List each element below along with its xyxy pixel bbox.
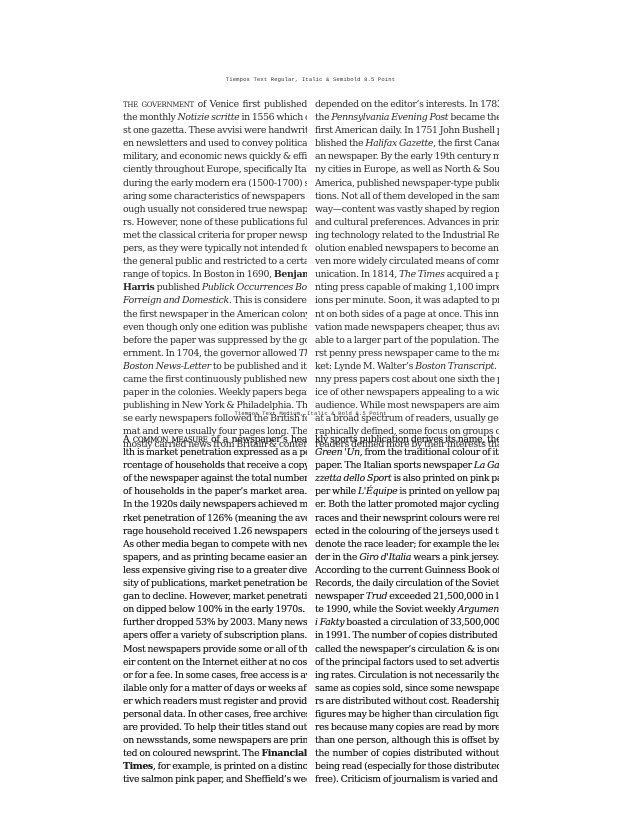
text-run: free). Criticism of journalism is varied… <box>315 774 498 785</box>
text-line: nt on both sides of a page at once. This… <box>315 308 499 321</box>
text-line: nting press capable of making 1,100 impr… <box>315 281 499 294</box>
text-run: being read (especially for those distrib… <box>315 761 499 772</box>
text-line: on dipped below 100% in the early 1970s.… <box>123 603 307 616</box>
text-line: than one person, although this is offset… <box>315 734 499 747</box>
text-run: an newspaper. By the early 19th century … <box>315 151 499 162</box>
text-run: of the principal factors used to set adv… <box>315 657 499 668</box>
text-line: zzetta dello Sport is also printed on pi… <box>315 472 499 485</box>
text-run: is printed on yellow pap <box>397 486 499 497</box>
text-run: is also printed on pink pa <box>391 473 499 484</box>
text-run: nting press capable of making 1,100 impr… <box>315 282 499 293</box>
text-line: the number of copies distributed without <box>315 747 499 760</box>
text-run: way—content was vastly shaped by regiona… <box>315 204 499 215</box>
text-line: Green 'Un, from the traditional colour o… <box>315 446 499 459</box>
text-line: depended on the editor’s interests. In 1… <box>315 98 499 111</box>
text-line: unication. In 1814, The Times acquired a… <box>315 268 499 281</box>
text-run: , from the traditional colour of its <box>360 447 499 458</box>
text-line: aring some characteristics of newspapers… <box>123 190 307 203</box>
text-run: ven more widely circulated means of comm <box>315 256 499 267</box>
text-run: are provided. To help their titles stand… <box>123 722 307 733</box>
column-left: the government of Venice first published… <box>123 98 307 452</box>
text-line: the government of Venice first published <box>123 98 307 111</box>
text-line: before the paper was suppressed by the g… <box>123 334 307 347</box>
italic-text: Notizie scritte <box>178 112 240 123</box>
text-line: A common measure of a newspaper’s hea <box>123 433 307 446</box>
text-run: less expensive giving rise to a greater … <box>123 565 307 576</box>
text-line: tive salmon pink paper, and Sheffield’s … <box>123 773 307 786</box>
text-line: newspaper Trud exceeded 21,500,000 in la <box>315 590 499 603</box>
text-line: gan to decline. However, market penetrat… <box>123 590 307 603</box>
text-line: der in the Giro d'Italia wears a pink je… <box>315 551 499 564</box>
text-line: even though only one edition was publish… <box>123 321 307 334</box>
text-run: ket: Lynde M. Walter’s <box>315 361 415 372</box>
text-line: Boston News-Letter to be published and i… <box>123 360 307 373</box>
text-run: newspaper <box>315 591 366 602</box>
text-run: der in the <box>315 552 359 563</box>
bold-text: Harris <box>123 282 154 293</box>
text-run: wears a pink jersey. <box>411 552 499 563</box>
small-caps-lead: the government <box>123 99 194 110</box>
text-run: became the <box>448 112 499 123</box>
text-run: ilable only for a matter of days or week… <box>123 683 307 694</box>
text-run: the number of copies distributed without <box>315 748 499 759</box>
text-run: even though only one edition was publish… <box>123 322 307 333</box>
bold-text: Times <box>123 761 153 772</box>
text-line: of households in the paper’s market area… <box>123 485 307 498</box>
text-line: ough usually not considered true newspap… <box>123 203 307 216</box>
text-run: America, published newspaper-type public… <box>315 178 499 189</box>
text-run: Most newspapers provide some or all of t… <box>123 644 307 655</box>
text-run: the monthly <box>123 112 178 123</box>
text-run: unication. In 1814, <box>315 269 399 280</box>
text-run: further dropped 53% by 2003. Many newsp <box>123 617 307 628</box>
text-line: met the classical criteria for proper ne… <box>123 229 307 242</box>
text-line: in 1991. The number of copies distribute… <box>315 629 499 642</box>
text-run: nny press papers cost about one sixth th… <box>315 374 499 385</box>
text-line: being read (especially for those distrib… <box>315 760 499 773</box>
text-run: ing rates. Circulation is not necessaril… <box>315 670 499 681</box>
text-line: of the newspaper against the total numbe… <box>123 472 307 485</box>
text-line: spapers, and as printing became easier a… <box>123 551 307 564</box>
text-run: , the first Canadi <box>433 138 499 149</box>
italic-text: Pennsylvania Evening Post <box>331 112 448 123</box>
text-line: able to a larger part of the population.… <box>315 334 499 347</box>
text-run: acquired a pri <box>445 269 499 280</box>
text-run: eir content on the Internet either at no… <box>123 657 307 668</box>
text-run: paper in the colonies. Weekly papers beg… <box>123 387 307 398</box>
text-line: Times, for example, is printed on a dist… <box>123 760 307 773</box>
text-run: first American daily. In 1751 John Bushe… <box>315 125 499 136</box>
text-line: apers offer a variety of subscription pl… <box>123 629 307 642</box>
text-line: te 1990, while the Soviet weekly Argumen… <box>315 603 499 616</box>
text-run: on dipped below 100% in the early 1970s.… <box>123 604 307 615</box>
text-line: America, published newspaper-type public… <box>315 177 499 190</box>
text-run: spapers, and as printing became easier a… <box>123 552 307 563</box>
text-run: er. Both the latter promoted major cycli… <box>315 499 499 510</box>
text-line: Records, the daily circulation of the So… <box>315 577 499 590</box>
text-run: ions per minute. Soon, it was adapted to… <box>315 295 499 306</box>
text-line: rs are distributed without cost. Readers… <box>315 695 499 708</box>
text-run: called the newspaper’s circulation & is … <box>315 644 499 655</box>
text-run: ny cities in Europe, as well as North & … <box>315 164 499 175</box>
text-line: rcentage of households that receive a co… <box>123 459 307 472</box>
italic-text: Boston News-Letter <box>123 361 211 372</box>
text-run: the <box>315 112 331 123</box>
text-line: the monthly Notizie scritte in 1556 whic… <box>123 111 307 124</box>
text-run: en newsletters and used to convey politi… <box>123 138 307 149</box>
text-run: gan to decline. However, market penetrat… <box>123 591 307 602</box>
text-line: paper. The Italian sports newspaper La G… <box>315 459 499 472</box>
text-line: er. Both the latter promoted major cycli… <box>315 498 499 511</box>
text-run: nt on both sides of a page at once. This… <box>315 309 499 320</box>
italic-text: i Fakty <box>315 617 344 628</box>
text-line: pers, as they were typically not intende… <box>123 242 307 255</box>
text-run: te 1990, while the Soviet weekly <box>315 604 458 615</box>
text-run: Records, the daily circulation of the So… <box>315 578 499 589</box>
text-run: met the classical criteria for proper ne… <box>123 230 307 241</box>
text-run: exceeded 21,500,000 in la <box>387 591 499 602</box>
text-run: A <box>123 434 133 445</box>
text-run: figures may be higher than circulation f… <box>315 709 499 720</box>
text-run: . Pe <box>494 361 499 372</box>
text-run: before the paper was suppressed by the g… <box>123 335 307 346</box>
text-run: same as copies sold, since some newspape <box>315 683 499 694</box>
text-run: to be published and it be <box>211 361 307 372</box>
text-line: en newsletters and used to convey politi… <box>123 137 307 150</box>
text-run: ected in the colouring of the jerseys us… <box>315 526 499 537</box>
text-run: personal data. In other cases, free arch… <box>123 709 307 720</box>
text-run: on newsstands, some newspapers are prin <box>123 735 307 746</box>
text-run: rs are distributed without cost. Readers… <box>315 696 499 707</box>
text-line: kly sports publication derives its name,… <box>315 433 499 446</box>
italic-text: Argumenty <box>458 604 499 615</box>
text-run: ted on coloured newsprint. The <box>123 748 261 759</box>
text-line: i Fakty boasted a circulation of 33,500,… <box>315 616 499 629</box>
italic-text: Boston Transcript <box>415 361 494 372</box>
text-run: during the early modern era (1500-1700) … <box>123 178 307 189</box>
text-line: nny press papers cost about one sixth th… <box>315 373 499 386</box>
text-run: than one person, although this is offset… <box>315 735 499 746</box>
text-run: ciently throughout Europe, specifically … <box>123 164 307 175</box>
text-line: on newsstands, some newspapers are prin <box>123 734 307 747</box>
text-line: ven more widely circulated means of comm <box>315 255 499 268</box>
text-line: In the 1920s daily newspapers achieved m… <box>123 498 307 511</box>
text-line: free). Criticism of journalism is varied… <box>315 773 499 786</box>
text-run: rs. However, none of these publications … <box>123 217 307 228</box>
text-line: during the early modern era (1500-1700) … <box>123 177 307 190</box>
text-line: rage household received 1.26 newspapers)… <box>123 525 307 538</box>
text-run: range of topics. In Boston in 1690, <box>123 269 274 280</box>
text-run: aring some characteristics of newspapers… <box>123 191 307 202</box>
text-run: depended on the editor’s interests. In 1… <box>315 99 499 110</box>
text-line: As other media began to compete with new <box>123 538 307 551</box>
text-line: first American daily. In 1751 John Bushe… <box>315 124 499 137</box>
text-line: rst penny press newspaper came to the ma… <box>315 347 499 360</box>
text-run: lth is market penetration expressed as a… <box>123 447 307 458</box>
text-line: ected in the colouring of the jerseys us… <box>315 525 499 538</box>
text-line: range of topics. In Boston in 1690, Benj… <box>123 268 307 281</box>
text-run: tions. Not all of them developed in the … <box>315 191 499 202</box>
text-line: Harris published Publick Occurrences Bot… <box>123 281 307 294</box>
specimen-caption-regular: Tiempos Text Regular, Italic & Semibold … <box>0 76 621 83</box>
text-line: came the first continuously published ne… <box>123 373 307 386</box>
text-line: er which readers must register and provi… <box>123 695 307 708</box>
text-line: ice of other newspapers appealing to a w… <box>315 386 499 399</box>
column-left: A common measure of a newspaper’s health… <box>123 433 307 787</box>
text-run: and cultural preferences. Advances in pr… <box>315 217 499 228</box>
text-run: olution enabled newspapers to become an … <box>315 243 499 254</box>
bold-text: Benjamin <box>274 269 307 280</box>
text-line: olution enabled newspapers to become an … <box>315 242 499 255</box>
text-line: vation made newspapers cheaper, thus ava… <box>315 321 499 334</box>
italic-text: Halifax Gazette <box>365 138 433 149</box>
text-line: sity of publications, market penetration… <box>123 577 307 590</box>
text-run: in 1556 which co <box>239 112 307 123</box>
specimen-caption-medium: Tiempos Text Medium, Italic & Bold 8.5 P… <box>0 410 621 417</box>
text-run: vation made newspapers cheaper, thus ava… <box>315 322 499 333</box>
text-line: denote the race leader; for example the … <box>315 538 499 551</box>
text-run: As other media began to compete with new <box>123 539 307 550</box>
text-run: or for a fee. In some cases, free access… <box>123 670 307 681</box>
italic-text: zzetta dello Sport <box>315 473 391 484</box>
text-line: According to the current Guinness Book o… <box>315 564 499 577</box>
text-line: an newspaper. By the early 19th century … <box>315 150 499 163</box>
italic-text: Trud <box>366 591 387 602</box>
text-line: ket: Lynde M. Walter’s Boston Transcript… <box>315 360 499 373</box>
text-run: blished the <box>315 138 365 149</box>
text-line: paper in the colonies. Weekly papers beg… <box>123 386 307 399</box>
text-line: of the principal factors used to set adv… <box>315 656 499 669</box>
italic-text: Publick Occurrences Both <box>202 282 307 293</box>
text-line: st one gazetta. These avvisi were handwr… <box>123 124 307 137</box>
text-run: st one gazetta. These avvisi were handwr… <box>123 125 307 136</box>
text-run: In the 1920s daily newspapers achieved m… <box>123 499 307 510</box>
text-line: tions. Not all of them developed in the … <box>315 190 499 203</box>
text-run: per while <box>315 486 358 497</box>
column-right: depended on the editor’s interests. In 1… <box>315 98 499 452</box>
text-line: rs. However, none of these publications … <box>123 216 307 229</box>
text-line: ted on coloured newsprint. The Financial <box>123 747 307 760</box>
text-line: Most newspapers provide some or all of t… <box>123 643 307 656</box>
text-line: way—content was vastly shaped by regiona… <box>315 203 499 216</box>
text-run: apers offer a variety of subscription pl… <box>123 630 307 641</box>
text-line: are provided. To help their titles stand… <box>123 721 307 734</box>
text-line: the general public and restricted to a c… <box>123 255 307 268</box>
text-line: Forreign and Domestick. This is consider… <box>123 294 307 307</box>
text-line: ny cities in Europe, as well as North & … <box>315 163 499 176</box>
text-line: blished the Halifax Gazette, the first C… <box>315 137 499 150</box>
italic-text: Forreign and Domestick <box>123 295 229 306</box>
text-line: eir content on the Internet either at no… <box>123 656 307 669</box>
text-run: rcentage of households that receive a co… <box>123 460 307 471</box>
text-run: denote the race leader; for example the … <box>315 539 499 550</box>
text-line: called the newspaper’s circulation & is … <box>315 643 499 656</box>
text-run: of the newspaper against the total numbe… <box>123 473 307 484</box>
text-line: res because many copies are read by more <box>315 721 499 734</box>
text-line: and cultural preferences. Advances in pr… <box>315 216 499 229</box>
text-run: ernment. In 1704, the governor allowed <box>123 348 299 359</box>
italic-text: La Ga <box>474 460 499 471</box>
text-line: ernment. In 1704, the governor allowed T… <box>123 347 307 360</box>
text-line: figures may be higher than circulation f… <box>315 708 499 721</box>
text-run: ice of other newspapers appealing to a w… <box>315 387 499 398</box>
text-run: . This is considered <box>229 295 307 306</box>
italic-text: The <box>299 348 307 359</box>
text-line: ions per minute. Soon, it was adapted to… <box>315 294 499 307</box>
text-line: same as copies sold, since some newspape <box>315 682 499 695</box>
text-run: tive salmon pink paper, and Sheffield’s … <box>123 774 307 785</box>
text-line: personal data. In other cases, free arch… <box>123 708 307 721</box>
text-line: races and their newsprint colours were r… <box>315 512 499 525</box>
text-run: er which readers must register and provi… <box>123 696 307 707</box>
text-run: boasted a circulation of 33,500,000 <box>344 617 499 628</box>
text-run: pers, as they were typically not intende… <box>123 243 307 254</box>
text-run: of Venice first published <box>194 99 307 110</box>
text-line: or for a fee. In some cases, free access… <box>123 669 307 682</box>
text-run: the general public and restricted to a c… <box>123 256 307 267</box>
italic-text: The Times <box>399 269 445 280</box>
text-run: ing technology related to the Industrial… <box>315 230 499 241</box>
text-line: ciently throughout Europe, specifically … <box>123 163 307 176</box>
text-run: , for example, is printed on a distinc <box>153 761 307 772</box>
text-run: the first newspaper in the American colo… <box>123 309 307 320</box>
text-run: rst penny press newspaper came to the ma… <box>315 348 499 359</box>
text-run: of households in the paper’s market area… <box>123 486 307 497</box>
text-run: published <box>154 282 201 293</box>
text-line: the first newspaper in the American colo… <box>123 308 307 321</box>
text-run: ough usually not considered true newspap… <box>123 204 307 215</box>
text-line: ing rates. Circulation is not necessaril… <box>315 669 499 682</box>
text-line: lth is market penetration expressed as a… <box>123 446 307 459</box>
text-line: the Pennsylvania Evening Post became the <box>315 111 499 124</box>
small-caps-lead: common measure <box>133 434 208 445</box>
text-run: able to a larger part of the population.… <box>315 335 499 346</box>
text-line: per while L'Équipe is printed on yellow … <box>315 485 499 498</box>
italic-text: Green 'Un <box>315 447 360 458</box>
text-run: sity of publications, market penetration… <box>123 578 307 589</box>
text-run: res because many copies are read by more <box>315 722 499 733</box>
text-line: ilable only for a matter of days or week… <box>123 682 307 695</box>
text-run: races and their newsprint colours were r… <box>315 513 499 524</box>
text-run: paper. The Italian sports newspaper <box>315 460 474 471</box>
bold-text: Financial <box>261 748 307 759</box>
italic-text: L'Équipe <box>358 486 397 497</box>
italic-text: Giro d'Italia <box>359 552 411 563</box>
text-line: less expensive giving rise to a greater … <box>123 564 307 577</box>
text-line: rket penetration of 126% (meaning the av… <box>123 512 307 525</box>
text-run: of a newspaper’s hea <box>208 434 307 445</box>
text-line: ing technology related to the Industrial… <box>315 229 499 242</box>
text-run: rket penetration of 126% (meaning the av… <box>123 513 307 524</box>
text-run: in 1991. The number of copies distribute… <box>315 630 499 641</box>
text-run: kly sports publication derives its name,… <box>315 434 499 445</box>
text-run: military, and economic news quickly & ef… <box>123 151 307 162</box>
text-line: further dropped 53% by 2003. Many newsp <box>123 616 307 629</box>
text-run: According to the current Guinness Book o… <box>315 565 499 576</box>
text-run: came the first continuously published ne… <box>123 374 307 385</box>
text-run: rage household received 1.26 newspapers)… <box>123 526 307 537</box>
text-line: military, and economic news quickly & ef… <box>123 150 307 163</box>
column-right: kly sports publication derives its name,… <box>315 433 499 787</box>
